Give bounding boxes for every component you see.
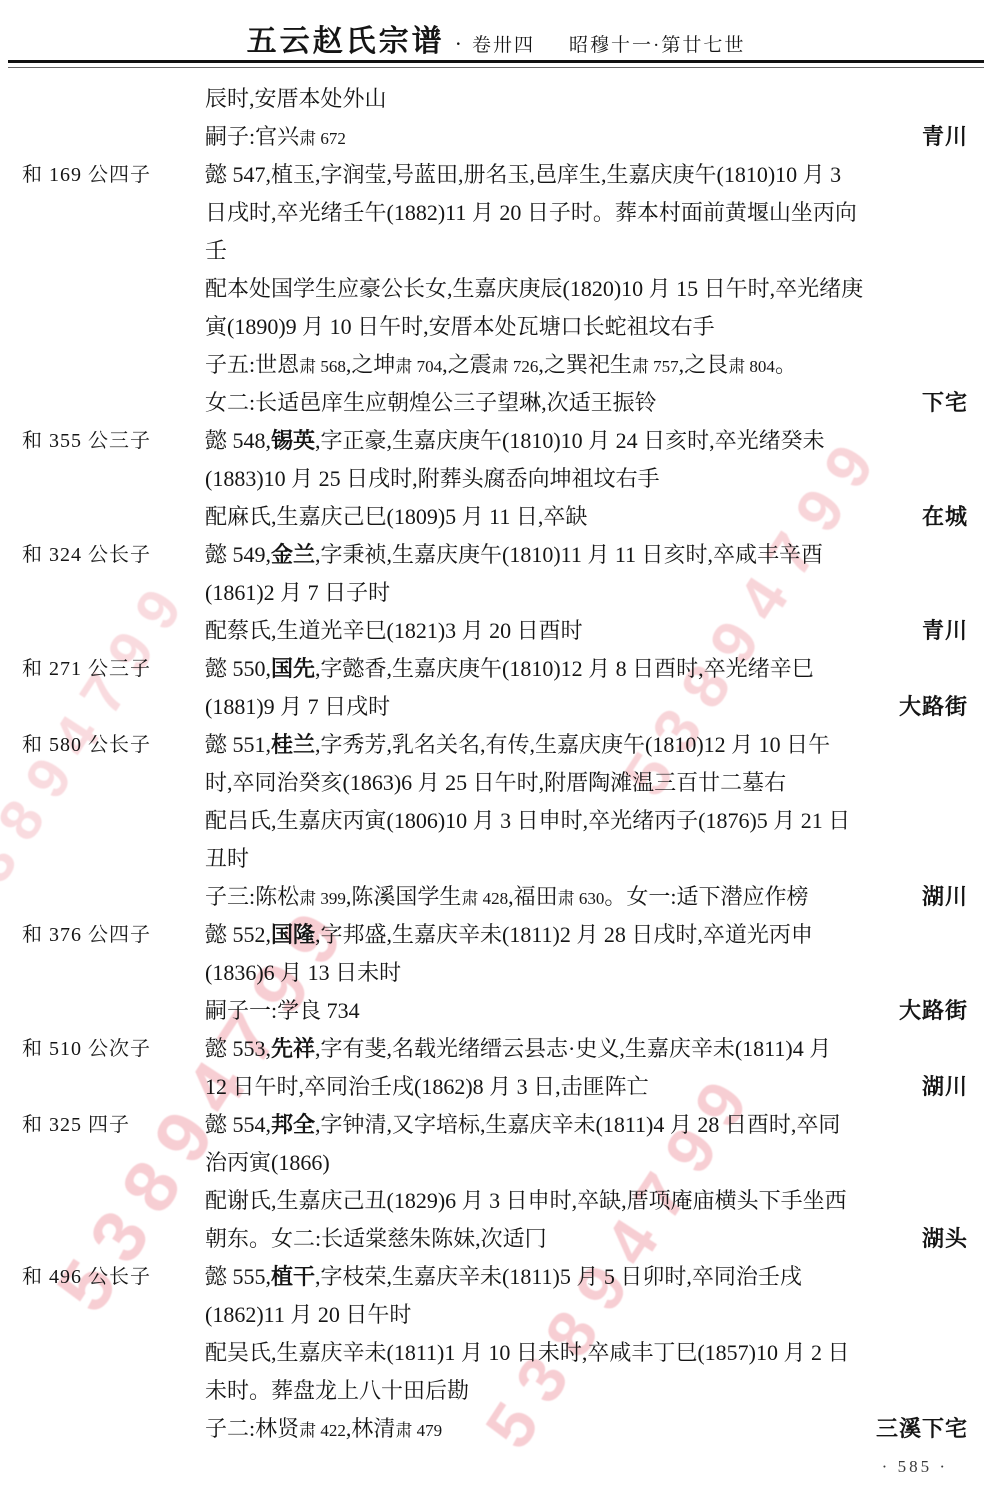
entry-line: 和 355 公三子懿 548,锡英,字正豪,生嘉庆庚午(1810)10 月 24… xyxy=(0,422,992,460)
text-segment: 懿 555, xyxy=(205,1264,271,1289)
text-segment: (1861)2 月 7 日子时 xyxy=(205,580,390,605)
text-segment: 子五:世恩 xyxy=(205,352,299,377)
entry-text: 女二:长适邑庠生应朝煌公三子望琳,次适王振铃 xyxy=(205,384,968,422)
entry-line: (1881)9 月 7 日戌时大路街 xyxy=(0,688,992,726)
entry-text: (1881)9 月 7 日戌时 xyxy=(205,688,968,726)
entry-text: (1861)2 月 7 日子时 xyxy=(205,574,968,612)
text-segment: 肃 422 xyxy=(299,1421,346,1440)
header-rule-thick xyxy=(8,60,984,63)
entry-text: 时,卒同治癸亥(1863)6 月 25 日午时,附厝陶滩温三百廿二墓右 xyxy=(205,764,968,802)
text-segment: 。 xyxy=(775,352,797,377)
text-segment: 寅(1890)9 月 10 日午时,安厝本处瓦塘口长蛇祖坟右手 xyxy=(205,314,715,339)
text-segment: ,之艮 xyxy=(679,352,729,377)
title-separator-dot: · xyxy=(455,31,462,56)
place-label: 湖川 xyxy=(922,878,968,916)
person-name: 植干 xyxy=(271,1264,315,1289)
entry-line: 和 510 公次子懿 553,先祥,字有斐,名载光绪缙云县志·史义,生嘉庆辛未(… xyxy=(0,1030,992,1068)
entry-margin-label: 和 169 公四子 xyxy=(22,156,151,194)
entry-line: (1861)2 月 7 日子时 xyxy=(0,574,992,612)
place-label: 大路街 xyxy=(899,688,968,726)
entry-text: 配吴氏,生嘉庆辛未(1811)1 月 10 日未时,卒咸丰丁巳(1857)10 … xyxy=(205,1334,968,1372)
entry-line: 壬 xyxy=(0,232,992,270)
entry-line: 和 580 公长子懿 551,桂兰,字秀芳,乳名关名,有传,生嘉庆庚午(1810… xyxy=(0,726,992,764)
text-segment: 未时。葬盘龙上八十田后勘 xyxy=(205,1378,469,1403)
text-segment: 肃 568 xyxy=(299,357,346,376)
entry-line: 配吕氏,生嘉庆丙寅(1806)10 月 3 日申时,卒光绪丙子(1876)5 月… xyxy=(0,802,992,840)
text-segment: 肃 399 xyxy=(299,889,346,908)
text-segment: (1883)10 月 25 日戌时,附葬头腐岙向坤祖坟右手 xyxy=(205,466,660,491)
text-segment: 辰时,安厝本处外山 xyxy=(205,86,387,111)
entry-line: 寅(1890)9 月 10 日午时,安厝本处瓦塘口长蛇祖坟右手 xyxy=(0,308,992,346)
text-segment: ,字秉祯,生嘉庆庚午(1810)11 月 11 日亥时,卒咸丰辛酉 xyxy=(315,542,823,567)
text-segment: ,之坤 xyxy=(346,352,396,377)
entry-line: 日戌时,卒光绪壬午(1882)11 月 20 日子时。葬本村面前黄堰山坐丙向 xyxy=(0,194,992,232)
entry-text: 懿 552,国隆,字邦盛,生嘉庆辛未(1811)2 月 28 日戌时,卒道光丙申 xyxy=(205,916,968,954)
volume-label: 卷卅四 xyxy=(472,35,535,56)
text-segment: 肃 757 xyxy=(632,357,679,376)
entry-margin-label: 和 496 公长子 xyxy=(22,1258,151,1296)
page-header: 五云赵氏宗谱 · 卷卅四 昭穆十一·第廿七世 xyxy=(0,16,992,60)
page-number: · 585 · xyxy=(882,1452,948,1482)
person-name: 邦全 xyxy=(271,1112,315,1137)
entry-line: (1883)10 月 25 日戌时,附葬头腐岙向坤祖坟右手 xyxy=(0,460,992,498)
text-segment: 懿 551, xyxy=(205,732,271,757)
text-segment: ,林清 xyxy=(346,1416,396,1441)
text-segment: ,福田 xyxy=(508,884,558,909)
section-label: 昭穆十一·第廿七世 xyxy=(569,35,745,56)
entry-line: 朝东。女二:长适棠慈朱陈妹,次适冂湖头 xyxy=(0,1220,992,1258)
text-segment: ,之震 xyxy=(442,352,492,377)
text-segment: 12 日午时,卒同治壬戌(1862)8 月 3 日,击匪阵亡 xyxy=(205,1074,649,1099)
entry-text: 子五:世恩肃 568,之坤肃 704,之震肃 726,之巽祀生肃 757,之艮肃… xyxy=(205,346,968,386)
entry-text: 壬 xyxy=(205,232,968,270)
text-segment: ,陈溪国学生 xyxy=(346,884,462,909)
entry-margin-label: 和 355 公三子 xyxy=(22,422,151,460)
entry-line: 女二:长适邑庠生应朝煌公三子望琳,次适王振铃下宅 xyxy=(0,384,992,422)
entry-margin-label: 和 271 公三子 xyxy=(22,650,151,688)
entries: 辰时,安厝本处外山嗣子:官兴肃 672青川和 169 公四子懿 547,植玉,字… xyxy=(0,80,992,1448)
text-segment: 女二:长适邑庠生应朝煌公三子望琳,次适王振铃 xyxy=(205,390,657,415)
text-segment: 配吴氏,生嘉庆辛未(1811)1 月 10 日未时,卒咸丰丁巳(1857)10 … xyxy=(205,1340,850,1365)
entry-line: 和 271 公三子懿 550,国先,字懿香,生嘉庆庚午(1810)12 月 8 … xyxy=(0,650,992,688)
text-segment: (1881)9 月 7 日戌时 xyxy=(205,694,390,719)
entry-text: 懿 547,植玉,字润莹,号蓝田,册名玉,邑庠生,生嘉庆庚午(1810)10 月… xyxy=(205,156,968,194)
text-segment: 嗣子:官兴 xyxy=(205,124,299,149)
text-segment: 懿 553, xyxy=(205,1036,271,1061)
entry-margin-label: 和 510 公次子 xyxy=(22,1030,151,1068)
person-name: 金兰 xyxy=(271,542,315,567)
entry-line: 12 日午时,卒同治壬戌(1862)8 月 3 日,击匪阵亡湖川 xyxy=(0,1068,992,1106)
text-segment: 配本处国学生应豪公长女,生嘉庆庚辰(1820)10 月 15 日午时,卒光绪庚 xyxy=(205,276,863,301)
text-segment: ,字枝荣,生嘉庆辛未(1811)5 月 5 日卯时,卒同治壬戌 xyxy=(315,1264,802,1289)
text-segment: (1836)6 月 13 日未时 xyxy=(205,960,401,985)
text-segment: 嗣子一:学良 734 xyxy=(205,998,360,1023)
text-segment: 懿 548, xyxy=(205,428,271,453)
entry-text: 子二:林贤肃 422,林清肃 479 xyxy=(205,1410,968,1450)
person-name: 国隆 xyxy=(271,922,315,947)
entry-line: 辰时,安厝本处外山 xyxy=(0,80,992,118)
text-segment: 日戌时,卒光绪壬午(1882)11 月 20 日子时。葬本村面前黄堰山坐丙向 xyxy=(205,200,857,225)
entry-line: 和 376 公四子懿 552,国隆,字邦盛,生嘉庆辛未(1811)2 月 28 … xyxy=(0,916,992,954)
text-segment: ,字有斐,名载光绪缙云县志·史义,生嘉庆辛未(1811)4 月 xyxy=(315,1036,831,1061)
entry-text: 丑时 xyxy=(205,840,968,878)
entry-text: 懿 555,植干,字枝荣,生嘉庆辛未(1811)5 月 5 日卯时,卒同治壬戌 xyxy=(205,1258,968,1296)
text-segment: 配吕氏,生嘉庆丙寅(1806)10 月 3 日申时,卒光绪丙子(1876)5 月… xyxy=(205,808,850,833)
entry-line: 未时。葬盘龙上八十田后勘 xyxy=(0,1372,992,1410)
text-segment: 肃 704 xyxy=(395,357,442,376)
entry-text: 配蔡氏,生道光辛巳(1821)3 月 20 日酉时 xyxy=(205,612,968,650)
header-rule-thin xyxy=(8,67,984,68)
text-segment: 。女一:适下潜应作榜 xyxy=(604,884,808,909)
entry-line: 和 324 公长子懿 549,金兰,字秉祯,生嘉庆庚午(1810)11 月 11… xyxy=(0,536,992,574)
text-segment: 懿 554, xyxy=(205,1112,271,1137)
person-name: 国先 xyxy=(271,656,315,681)
text-segment: ,之巽祀生 xyxy=(538,352,632,377)
text-segment: 肃 726 xyxy=(492,357,539,376)
entry-line: 子二:林贤肃 422,林清肃 479三溪下宅 xyxy=(0,1410,992,1448)
text-segment: ,字邦盛,生嘉庆辛未(1811)2 月 28 日戌时,卒道光丙申 xyxy=(315,922,813,947)
entry-text: 配吕氏,生嘉庆丙寅(1806)10 月 3 日申时,卒光绪丙子(1876)5 月… xyxy=(205,802,968,840)
entry-text: 治丙寅(1866) xyxy=(205,1144,968,1182)
entry-text: 配本处国学生应豪公长女,生嘉庆庚辰(1820)10 月 15 日午时,卒光绪庚 xyxy=(205,270,968,308)
place-label: 青川 xyxy=(922,612,968,650)
text-segment: ,字懿香,生嘉庆庚午(1810)12 月 8 日酉时,卒光绪辛巳 xyxy=(315,656,814,681)
entry-line: 和 496 公长子懿 555,植干,字枝荣,生嘉庆辛未(1811)5 月 5 日… xyxy=(0,1258,992,1296)
place-label: 青川 xyxy=(922,118,968,156)
text-segment: 子三:陈松 xyxy=(205,884,299,909)
entry-text: 子三:陈松肃 399,陈溪国学生肃 428,福田肃 630。女一:适下潜应作榜 xyxy=(205,878,968,918)
text-segment: 治丙寅(1866) xyxy=(205,1150,330,1175)
place-label: 下宅 xyxy=(922,384,968,422)
entry-line: 配吴氏,生嘉庆辛未(1811)1 月 10 日未时,卒咸丰丁巳(1857)10 … xyxy=(0,1334,992,1372)
entry-text: 嗣子:官兴肃 672 xyxy=(205,118,968,158)
text-segment: 肃 630 xyxy=(558,889,605,908)
place-label: 湖头 xyxy=(922,1220,968,1258)
entry-line: 和 325 四子懿 554,邦全,字钟清,又字培标,生嘉庆辛未(1811)4 月… xyxy=(0,1106,992,1144)
text-segment: 配麻氏,生嘉庆己巳(1809)5 月 11 日,卒缺 xyxy=(205,504,587,529)
entry-line: 丑时 xyxy=(0,840,992,878)
entry-text: 辰时,安厝本处外山 xyxy=(205,80,968,118)
text-segment: 配蔡氏,生道光辛巳(1821)3 月 20 日酉时 xyxy=(205,618,583,643)
entry-text: 配谢氏,生嘉庆己丑(1829)6 月 3 日申时,卒缺,厝项庵庙横头下手坐西 xyxy=(205,1182,968,1220)
place-label: 三溪下宅 xyxy=(876,1410,968,1448)
entry-line: 和 169 公四子懿 547,植玉,字润莹,号蓝田,册名玉,邑庠生,生嘉庆庚午(… xyxy=(0,156,992,194)
entry-line: 配谢氏,生嘉庆己丑(1829)6 月 3 日申时,卒缺,厝项庵庙横头下手坐西 xyxy=(0,1182,992,1220)
entry-text: 嗣子一:学良 734 xyxy=(205,992,968,1030)
entry-line: 嗣子一:学良 734大路街 xyxy=(0,992,992,1030)
entry-text: 懿 551,桂兰,字秀芳,乳名关名,有传,生嘉庆庚午(1810)12 月 10 … xyxy=(205,726,968,764)
entry-line: 时,卒同治癸亥(1863)6 月 25 日午时,附厝陶滩温三百廿二墓右 xyxy=(0,764,992,802)
genealogy-page: 53894799 53894799 53894799 53894799 五云赵氏… xyxy=(0,0,992,1512)
entry-margin-label: 和 325 四子 xyxy=(22,1106,130,1144)
entry-margin-label: 和 324 公长子 xyxy=(22,536,151,574)
entry-text: (1883)10 月 25 日戌时,附葬头腐岙向坤祖坟右手 xyxy=(205,460,968,498)
entry-line: 配蔡氏,生道光辛巳(1821)3 月 20 日酉时青川 xyxy=(0,612,992,650)
text-segment: 肃 479 xyxy=(395,1421,442,1440)
entry-text: 懿 554,邦全,字钟清,又字培标,生嘉庆辛未(1811)4 月 28 日酉时,… xyxy=(205,1106,968,1144)
place-label: 大路街 xyxy=(899,992,968,1030)
book-title: 五云赵氏宗谱 xyxy=(247,25,445,58)
text-segment: 配谢氏,生嘉庆己丑(1829)6 月 3 日申时,卒缺,厝项庵庙横头下手坐西 xyxy=(205,1188,847,1213)
entry-line: (1836)6 月 13 日未时 xyxy=(0,954,992,992)
text-segment: 壬 xyxy=(205,238,227,263)
entry-line: 子五:世恩肃 568,之坤肃 704,之震肃 726,之巽祀生肃 757,之艮肃… xyxy=(0,346,992,384)
entry-text: 懿 550,国先,字懿香,生嘉庆庚午(1810)12 月 8 日酉时,卒光绪辛巳 xyxy=(205,650,968,688)
entry-text: 懿 549,金兰,字秉祯,生嘉庆庚午(1810)11 月 11 日亥时,卒咸丰辛… xyxy=(205,536,968,574)
text-segment: (1862)11 月 20 日午时 xyxy=(205,1302,411,1327)
text-segment: ,字正豪,生嘉庆庚午(1810)10 月 24 日亥时,卒光绪癸未 xyxy=(315,428,825,453)
entry-text: 日戌时,卒光绪壬午(1882)11 月 20 日子时。葬本村面前黄堰山坐丙向 xyxy=(205,194,968,232)
text-segment: 肃 672 xyxy=(299,129,346,148)
place-label: 在城 xyxy=(922,498,968,536)
text-segment: 懿 550, xyxy=(205,656,271,681)
text-segment: 朝东。女二:长适棠慈朱陈妹,次适冂 xyxy=(205,1226,547,1251)
entry-text: (1836)6 月 13 日未时 xyxy=(205,954,968,992)
entry-margin-label: 和 376 公四子 xyxy=(22,916,151,954)
entry-text: 配麻氏,生嘉庆己巳(1809)5 月 11 日,卒缺 xyxy=(205,498,968,536)
text-segment: 懿 552, xyxy=(205,922,271,947)
entry-text: 未时。葬盘龙上八十田后勘 xyxy=(205,1372,968,1410)
text-segment: 肃 428 xyxy=(461,889,508,908)
text-segment: ,字钟清,又字培标,生嘉庆辛未(1811)4 月 28 日酉时,卒同 xyxy=(315,1112,840,1137)
entry-margin-label: 和 580 公长子 xyxy=(22,726,151,764)
place-label: 湖川 xyxy=(922,1068,968,1106)
text-segment: 肃 804 xyxy=(728,357,775,376)
text-segment: 懿 547,植玉,字润莹,号蓝田,册名玉,邑庠生,生嘉庆庚午(1810)10 月… xyxy=(205,162,841,187)
person-name: 锡英 xyxy=(271,428,315,453)
person-name: 桂兰 xyxy=(271,732,315,757)
entry-text: 懿 553,先祥,字有斐,名载光绪缙云县志·史义,生嘉庆辛未(1811)4 月 xyxy=(205,1030,968,1068)
entry-text: (1862)11 月 20 日午时 xyxy=(205,1296,968,1334)
text-segment: 丑时 xyxy=(205,846,249,871)
entry-line: 配麻氏,生嘉庆己巳(1809)5 月 11 日,卒缺在城 xyxy=(0,498,992,536)
entry-line: 嗣子:官兴肃 672青川 xyxy=(0,118,992,156)
text-segment: 子二:林贤 xyxy=(205,1416,299,1441)
entry-text: 寅(1890)9 月 10 日午时,安厝本处瓦塘口长蛇祖坟右手 xyxy=(205,308,968,346)
entry-line: 治丙寅(1866) xyxy=(0,1144,992,1182)
person-name: 先祥 xyxy=(271,1036,315,1061)
entry-text: 朝东。女二:长适棠慈朱陈妹,次适冂 xyxy=(205,1220,968,1258)
entry-line: 配本处国学生应豪公长女,生嘉庆庚辰(1820)10 月 15 日午时,卒光绪庚 xyxy=(0,270,992,308)
text-segment: ,字秀芳,乳名关名,有传,生嘉庆庚午(1810)12 月 10 日午 xyxy=(315,732,830,757)
text-segment: 懿 549, xyxy=(205,542,271,567)
text-segment: 时,卒同治癸亥(1863)6 月 25 日午时,附厝陶滩温三百廿二墓右 xyxy=(205,770,786,795)
entry-text: 12 日午时,卒同治壬戌(1862)8 月 3 日,击匪阵亡 xyxy=(205,1068,968,1106)
entry-line: 子三:陈松肃 399,陈溪国学生肃 428,福田肃 630。女一:适下潜应作榜湖… xyxy=(0,878,992,916)
entry-line: (1862)11 月 20 日午时 xyxy=(0,1296,992,1334)
entry-text: 懿 548,锡英,字正豪,生嘉庆庚午(1810)10 月 24 日亥时,卒光绪癸… xyxy=(205,422,968,460)
